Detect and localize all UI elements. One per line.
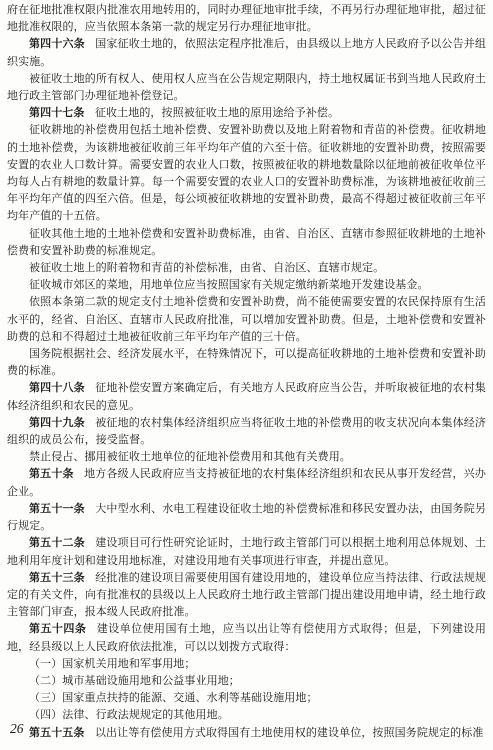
paragraph-text: 征收耕地的补偿费用包括土地补偿费、安置补助费以及地上附着物和青苗的补偿费。征收耕… xyxy=(7,124,486,222)
paragraph: 征收其他土地的土地补偿费和安置补助费标准，由省、自治区、直辖市参照征收耕地的土地… xyxy=(7,226,486,260)
paragraph: 依照本条第二款的规定支付土地补偿费和安置补助费，尚不能使需要安置的农民保持原有生… xyxy=(7,294,486,346)
text-block: 府在征地批准权限内批准农用地转用的，同时办理征地审批手续，不再另行办理征地审批，… xyxy=(7,2,486,742)
paragraph-text: 国务院根据社会、经济发展水平，在特殊情况下，可以提高征收耕地的土地补偿费和安置补… xyxy=(7,348,486,377)
paragraph: （三）国家重点扶持的能源、交通、水利等基础设施用地； xyxy=(7,690,486,707)
paragraph-text: 被征收土地的所有权人、使用权人应当在公告规定期限内，持土地权属证书到当地人民政府… xyxy=(7,73,486,102)
article-paragraph: 第五十一条大中型水利、水电工程建设征收土地的补偿费标准和移民安置办法，由国务院另… xyxy=(7,501,486,535)
article-number: 第五十四条 xyxy=(29,623,86,635)
paragraph-text: （二）城市基础设施用地和公益事业用地； xyxy=(29,675,240,687)
article-number: 第五十二条 xyxy=(29,537,85,549)
paragraph-text: 以出让等有偿使用方式取得国有土地使用权的建设单位，按照国务院规定的标准 xyxy=(95,727,484,739)
paragraph-text: 征收土地的，按照被征收土地的原用途给予补偿。 xyxy=(95,107,339,119)
paragraph-text: 府在征地批准权限内批准农用地转用的，同时办理征地审批手续，不再另行办理征地审批，… xyxy=(7,4,486,33)
article-number: 第四十八条 xyxy=(29,382,85,394)
article-number: 第四十九条 xyxy=(29,417,85,429)
paragraph: 被征收土地上的附着物和青苗的补偿标准，由省、自治区、直辖市规定。 xyxy=(7,260,486,277)
paragraph: （二）城市基础设施用地和公益事业用地； xyxy=(7,673,486,690)
article-number: 第五十五条 xyxy=(29,727,85,739)
paragraph: 被征收土地的所有权人、使用权人应当在公告规定期限内，持土地权属证书到当地人民政府… xyxy=(7,71,486,105)
article-paragraph: 第五十四条建设单位使用国有土地，应当以出让等有偿使用方式取得；但是，下列建设用地… xyxy=(7,621,486,655)
paragraph: 征收耕地的补偿费用包括土地补偿费、安置补助费以及地上附着物和青苗的补偿费。征收耕… xyxy=(7,122,486,225)
article-paragraph: 第五十五条以出让等有偿使用方式取得国有土地使用权的建设单位，按照国务院规定的标准 xyxy=(7,725,486,742)
paragraph: 国务院根据社会、经济发展水平，在特殊情况下，可以提高征收耕地的土地补偿费和安置补… xyxy=(7,346,486,380)
paragraph: （一）国家机关用地和军事用地； xyxy=(7,656,486,673)
paragraph-text: 征收城市郊区的菜地，用地单位应当按照国家有关规定缴纳新菜地开发建设基金。 xyxy=(29,279,429,291)
article-paragraph: 第四十六条国家征收土地的，依照法定程序批准后，由县级以上地方人民政府予以公告并组… xyxy=(7,36,486,70)
article-number: 第五十一条 xyxy=(29,503,85,515)
document-page: 府在征地批准权限内批准农用地转用的，同时办理征地审批手续，不再另行办理征地审批，… xyxy=(0,0,493,750)
article-paragraph: 第四十九条被征地的农村集体经济组织应当将征收土地的补偿费用的收支状况向本集体经济… xyxy=(7,415,486,449)
paragraph-text: （三）国家重点扶持的能源、交通、水利等基础设施用地； xyxy=(29,692,318,704)
paragraph-text: 地方各级人民政府应当支持被征地的农村集体经济组织和农民从事开发经营，兴办企业。 xyxy=(7,468,486,497)
article-paragraph: 第五十三条经批准的建设项目需要使用国有建设用地的，建设单位应当持法律、行政法规规… xyxy=(7,570,486,622)
paragraph: 禁止侵占、挪用被征收土地单位的征地补偿费用和其他有关费用。 xyxy=(7,449,486,466)
paragraph-text: 禁止侵占、挪用被征收土地单位的征地补偿费用和其他有关费用。 xyxy=(29,451,351,463)
paragraph-text: （一）国家机关用地和军事用地； xyxy=(29,658,196,670)
article-number: 第四十七条 xyxy=(29,107,85,119)
paragraph-text: 被征收土地上的附着物和青苗的补偿标准，由省、自治区、直辖市规定。 xyxy=(29,262,384,274)
paragraph: 征收城市郊区的菜地，用地单位应当按照国家有关规定缴纳新菜地开发建设基金。 xyxy=(7,277,486,294)
article-paragraph: 第四十七条征收土地的，按照被征收土地的原用途给予补偿。 xyxy=(7,105,486,122)
article-paragraph: 第五十二条建设项目可行性研究论证时，土地行政主管部门可以根据土地利用总体规划、土… xyxy=(7,535,486,569)
article-number: 第五十三条 xyxy=(29,572,85,584)
article-number: 第五十条 xyxy=(29,468,74,480)
paragraph: 府在征地批准权限内批准农用地转用的，同时办理征地审批手续，不再另行办理征地审批，… xyxy=(7,2,486,36)
article-paragraph: 第五十条地方各级人民政府应当支持被征地的农村集体经济组织和农民从事开发经营，兴办… xyxy=(7,466,486,500)
paragraph-text: 征收其他土地的土地补偿费和安置补助费标准，由省、自治区、直辖市参照征收耕地的土地… xyxy=(7,228,486,257)
article-number: 第四十六条 xyxy=(29,38,85,50)
paragraph-text: （四）法律、行政法规规定的其他用地。 xyxy=(29,709,229,721)
page-number: 26 xyxy=(10,721,24,737)
paragraph-text: 依照本条第二款的规定支付土地补偿费和安置补助费，尚不能使需要安置的农民保持原有生… xyxy=(7,296,486,342)
article-paragraph: 第四十八条征地补偿安置方案确定后，有关地方人民政府应当公告，并听取被征地的农村集… xyxy=(7,380,486,414)
paragraph: （四）法律、行政法规规定的其他用地。 xyxy=(7,707,486,724)
